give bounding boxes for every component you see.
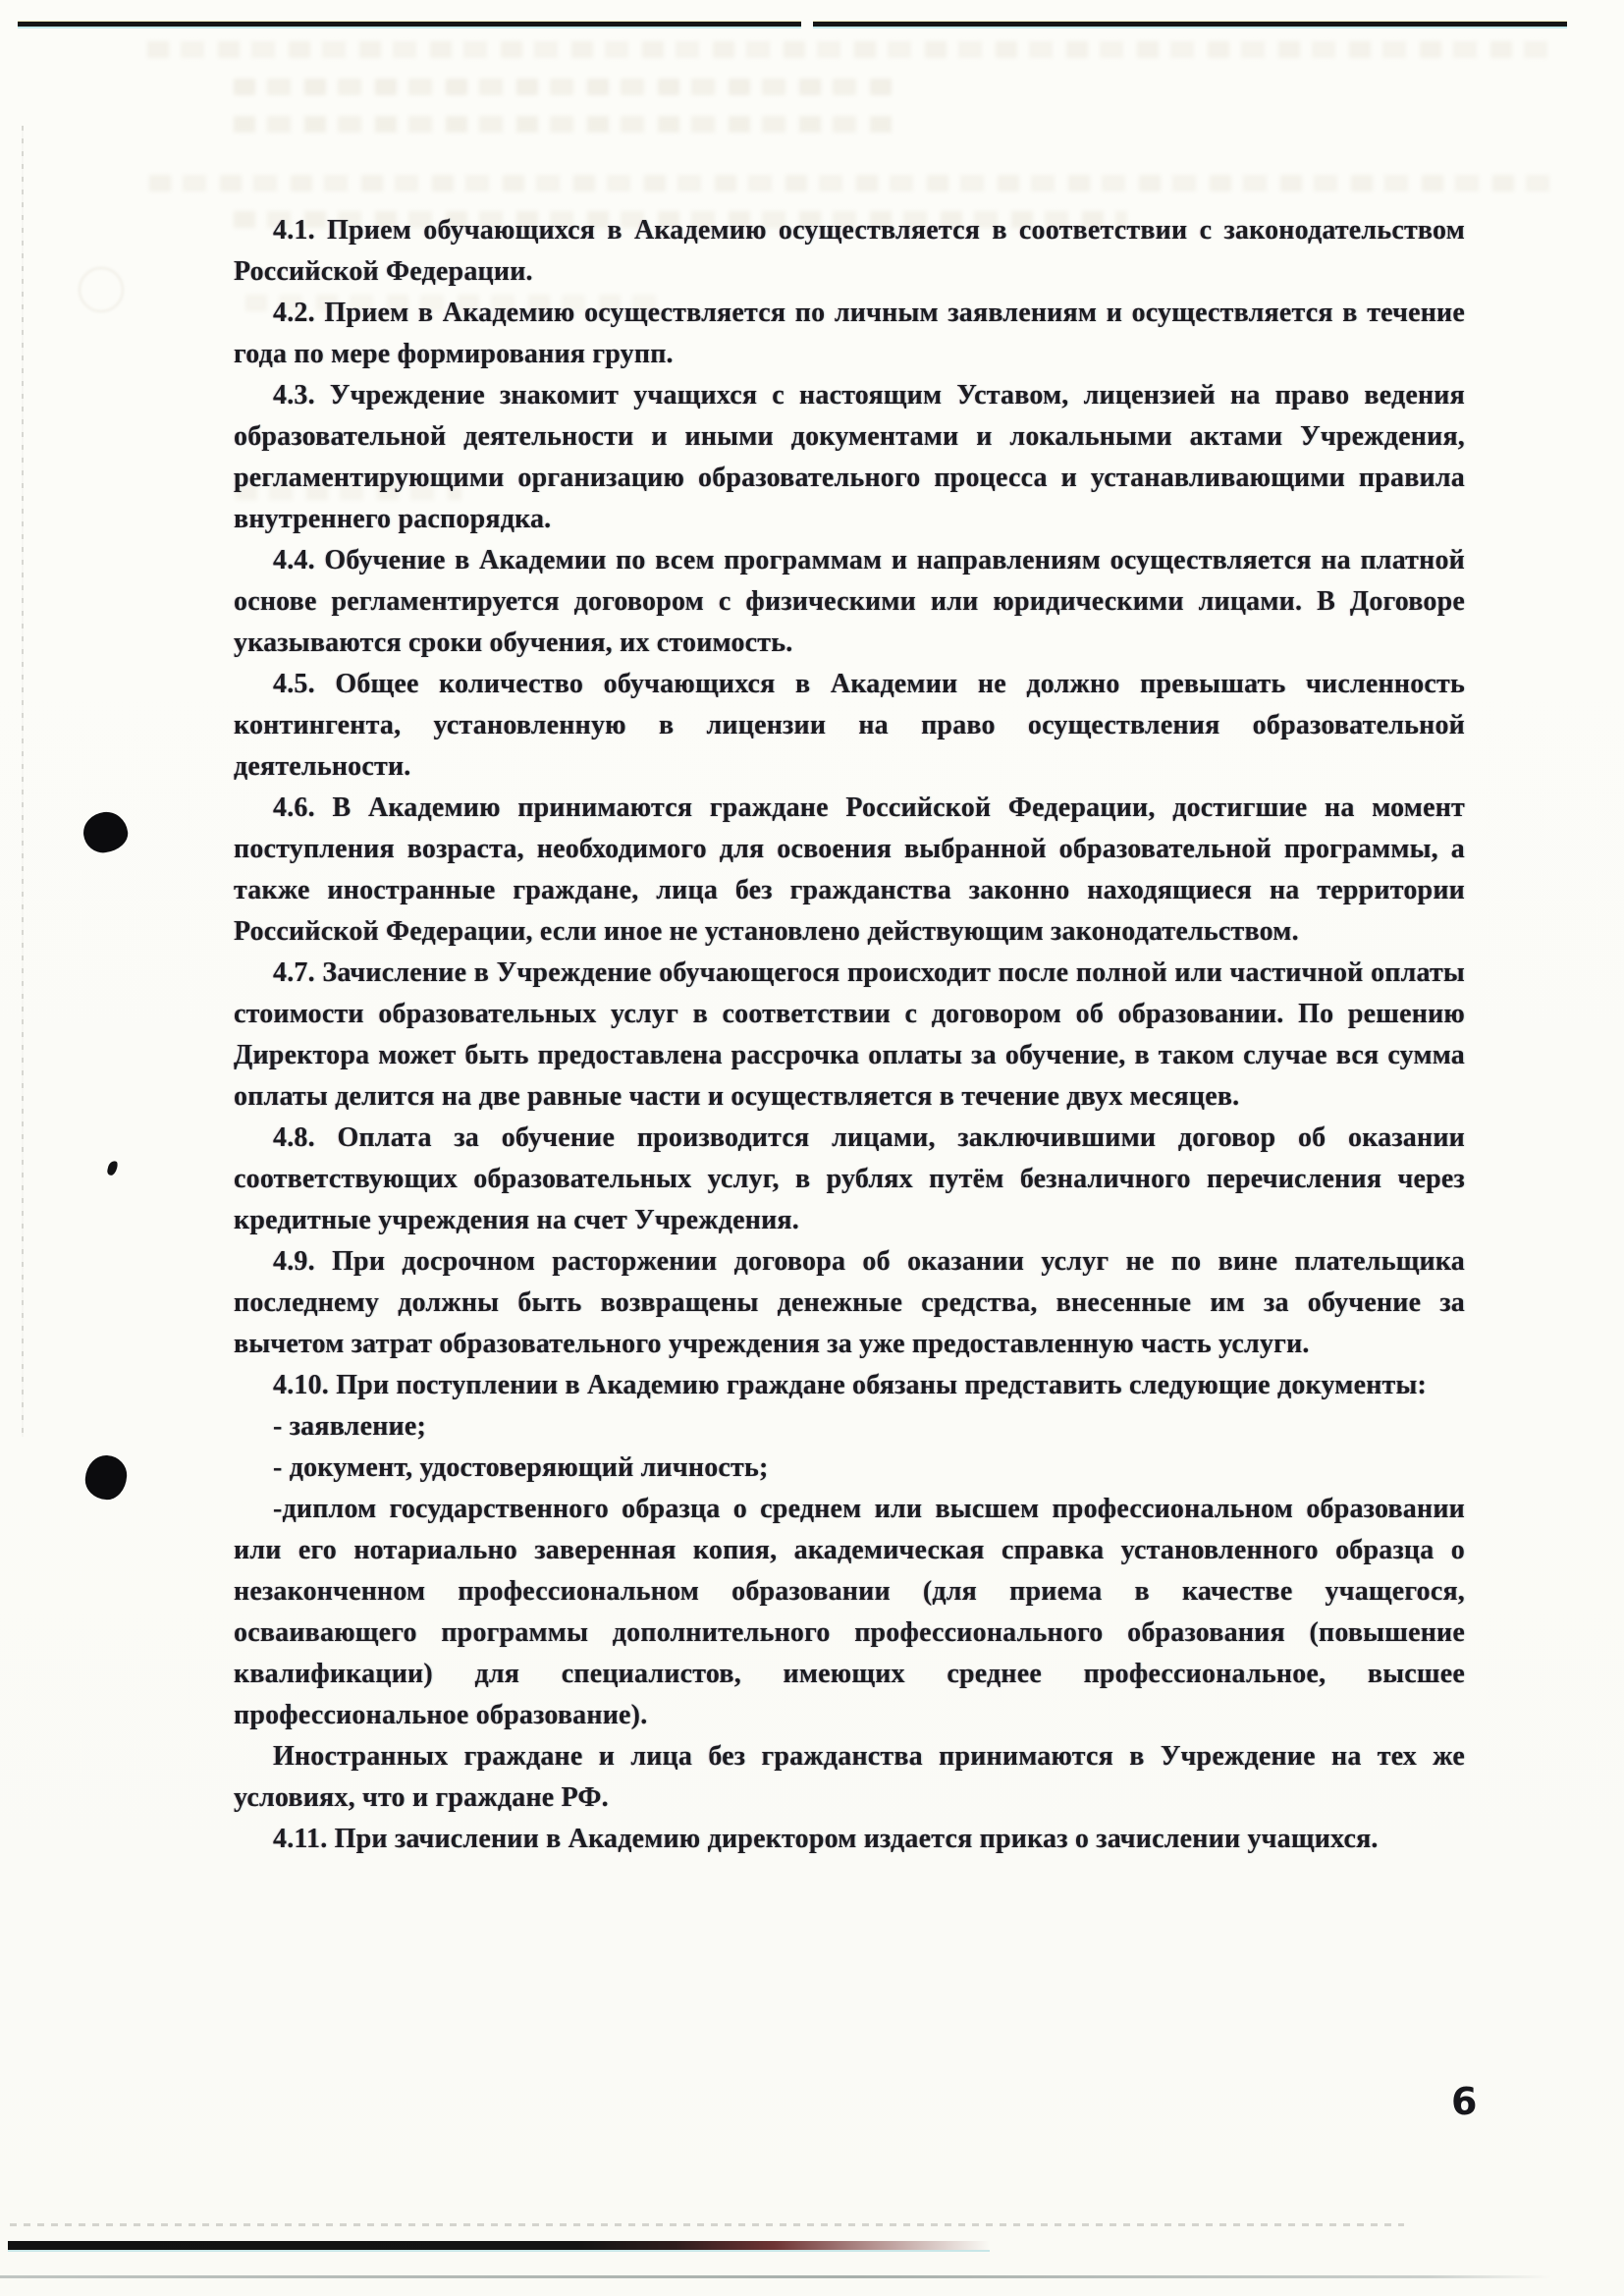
bleedthrough-ghost-row: [234, 79, 892, 95]
left-fold-line: [22, 126, 24, 1437]
document-text-block: 4.1. Прием обучающихся в Академию осущес…: [234, 210, 1465, 1860]
stray-ink-mark: [106, 1160, 118, 1176]
paragraph-4-8: 4.8. Оплата за обучение производится лиц…: [234, 1118, 1465, 1241]
paragraph-4-10: 4.10. При поступлении в Академию граждан…: [234, 1365, 1465, 1406]
bottom-rule-gray: [0, 2275, 1551, 2278]
paragraph-4-6: 4.6. В Академию принимаются граждане Рос…: [234, 788, 1465, 953]
paragraph-4-11: 4.11. При зачислении в Академию директор…: [234, 1819, 1465, 1860]
ink-dot-mark: [83, 1454, 128, 1502]
bottom-rule-dark: [8, 2241, 990, 2250]
paragraph-4-5: 4.5. Общее количество обучающихся в Акад…: [234, 664, 1465, 788]
top-rule-left-segment: [18, 22, 801, 27]
paragraph-4-1: 4.1. Прием обучающихся в Академию осущес…: [234, 210, 1465, 293]
bleedthrough-ghost-row: [234, 116, 892, 133]
top-rule-right-segment: [813, 22, 1567, 27]
list-item-identity-document: - документ, удостоверяющий личность;: [234, 1448, 1465, 1489]
paragraph-4-2: 4.2. Прием в Академию осуществляется по …: [234, 293, 1465, 375]
bleedthrough-ghost-row: [147, 41, 1551, 58]
page-number: 6: [1451, 2080, 1477, 2123]
list-item-diploma: -диплом государственного образца о средн…: [234, 1489, 1465, 1736]
ink-dot-mark: [81, 809, 131, 854]
paragraph-4-7: 4.7. Зачисление в Учреждение обучающегос…: [234, 953, 1465, 1118]
bleedthrough-ghost-row: [149, 175, 1563, 191]
paragraph-4-4: 4.4. Обучение в Академии по всем програм…: [234, 540, 1465, 664]
paragraph-4-3: 4.3. Учреждение знакомит учащихся с наст…: [234, 375, 1465, 540]
hole-punch-ghost: [79, 267, 124, 312]
paragraph-4-9: 4.9. При досрочном расторжении договора …: [234, 1241, 1465, 1365]
list-item-application: - заявление;: [234, 1406, 1465, 1448]
bottom-dotted-artifact: [10, 2223, 1404, 2226]
scanned-document-page: 4.1. Прием обучающихся в Академию осущес…: [0, 0, 1624, 2296]
paragraph-foreign-citizens: Иностранных граждане и лица без гражданс…: [234, 1736, 1465, 1819]
